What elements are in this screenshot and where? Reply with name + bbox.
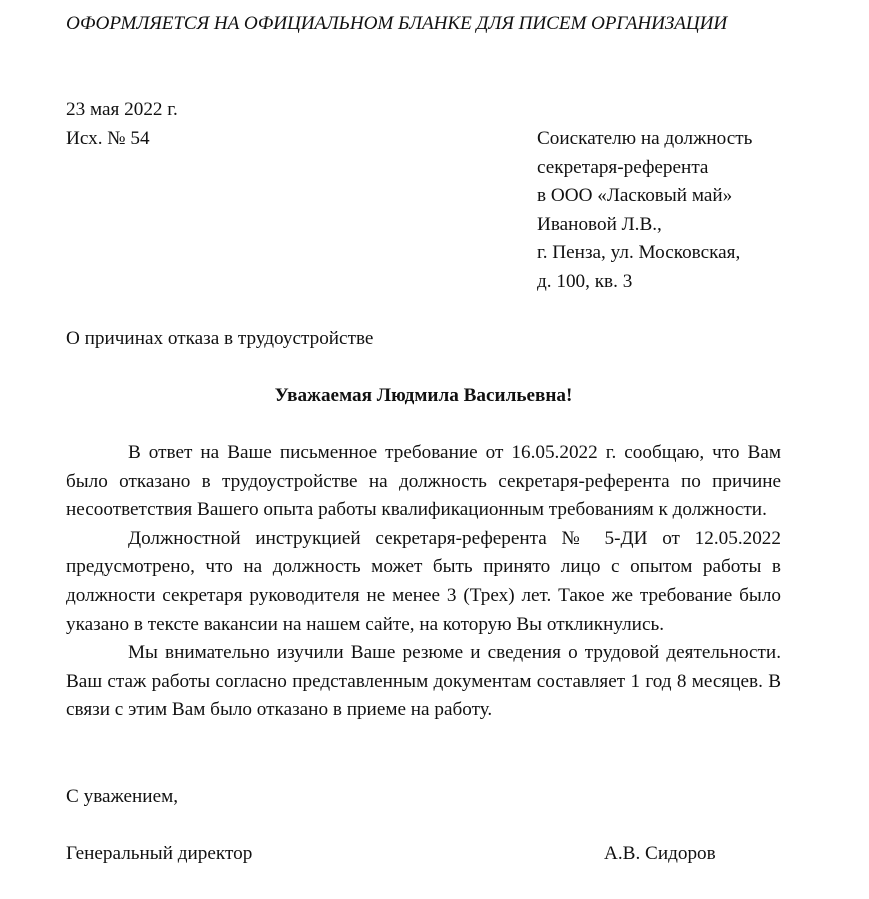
letter-body: В ответ на Ваше письменное требование от… <box>66 439 781 725</box>
signatory-position: Генеральный директор <box>66 840 252 869</box>
letterhead-note: ОФОРМЛЯЕТСЯ НА ОФИЦИАЛЬНОМ БЛАНКЕ ДЛЯ ПИ… <box>66 10 727 39</box>
signatory-name: А.В. Сидоров <box>604 840 716 869</box>
recipient-line: Ивановой Л.В., <box>537 211 752 240</box>
salutation: Уважаемая Людмила Васильевна! <box>66 382 781 411</box>
recipient-line: д. 100, кв. 3 <box>537 268 752 297</box>
recipient-line: секретаря-референта <box>537 154 752 183</box>
body-paragraph: В ответ на Ваше письменное требование от… <box>66 439 781 525</box>
recipient-line: Соискателю на должность <box>537 125 752 154</box>
outgoing-number: Исх. № 54 <box>66 125 150 154</box>
letter-subject: О причинах отказа в трудоустройстве <box>66 325 373 354</box>
recipient-block: Соискателю на должность секретаря-рефере… <box>537 125 752 297</box>
body-paragraph: Должностной инструкцией секретаря-рефере… <box>66 525 781 639</box>
body-paragraph: Мы внимательно изучили Ваше резюме и све… <box>66 639 781 725</box>
recipient-line: в ООО «Ласковый май» <box>537 182 752 211</box>
closing-phrase: С уважением, <box>66 783 178 812</box>
letter-date: 23 мая 2022 г. <box>66 96 178 125</box>
recipient-line: г. Пенза, ул. Московская, <box>537 239 752 268</box>
